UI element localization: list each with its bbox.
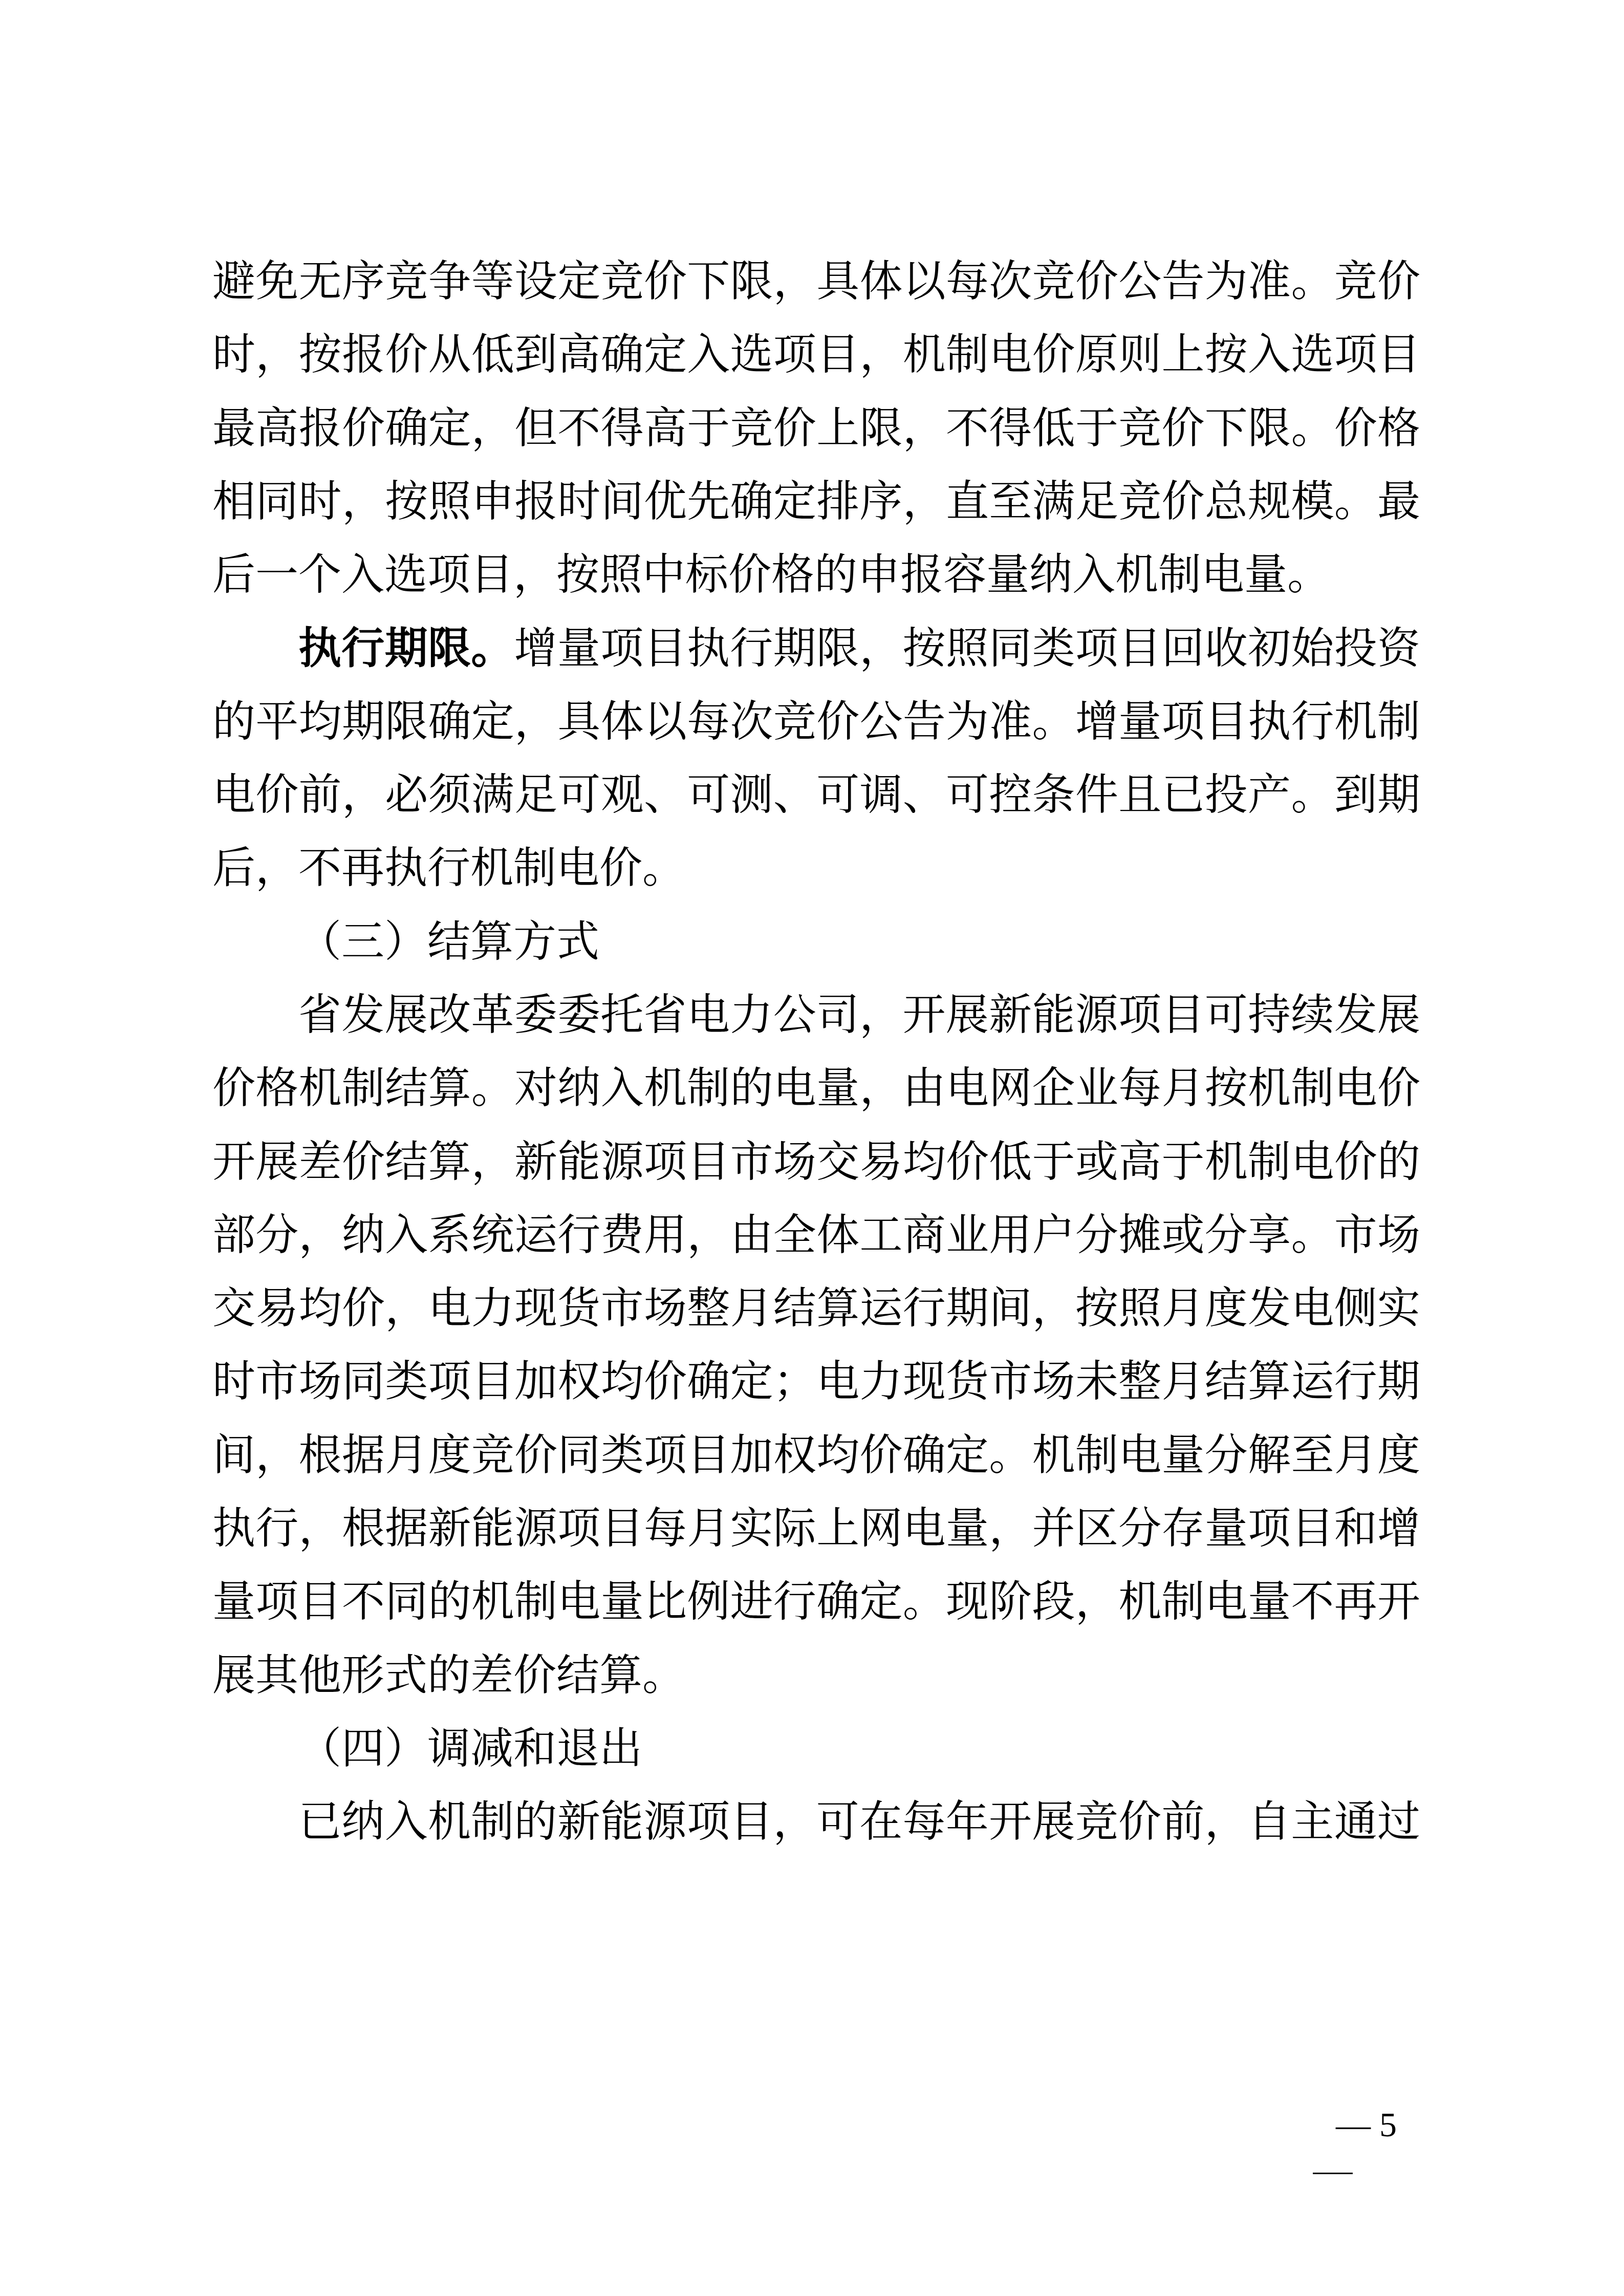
text-line: 省发展改革委委托省电力公司，开展新能源项目可持续发展	[212, 978, 1420, 1052]
text-line: 最高报价确定，但不得高于竞价上限，不得低于竞价下限。价格	[212, 392, 1420, 465]
bold-lead-term: 执行期限。	[298, 623, 514, 673]
text-line: 的平均期限确定，具体以每次竞价公告为准。增量项目执行机制	[212, 685, 1420, 758]
text-run: 增量项目执行期限，按照同类项目回收初始投资	[514, 623, 1420, 673]
paragraph-adjustment-exit: 已纳入机制的新能源项目，可在每年开展竞价前，自主通过	[212, 1785, 1420, 1858]
paragraph-settlement: 省发展改革委委托省电力公司，开展新能源项目可持续发展 价格机制结算。对纳入机制的…	[212, 978, 1420, 1712]
text-line: 已纳入机制的新能源项目，可在每年开展竞价前，自主通过	[212, 1785, 1420, 1858]
section-heading-adjustment-exit: （四）调减和退出	[212, 1712, 1420, 1785]
paragraph-bidding-rules: 避免无序竞争等设定竞价下限，具体以每次竞价公告为准。竞价 时，按报价从低到高确定…	[212, 245, 1420, 611]
text-line: 价格机制结算。对纳入机制的电量，由电网企业每月按机制电价	[212, 1052, 1420, 1125]
text-line: 展其他形式的差价结算。	[212, 1639, 1420, 1712]
text-line: 时，按报价从低到高确定入选项目，机制电价原则上按入选项目	[212, 318, 1420, 391]
text-line: 间，根据月度竞价同类项目加权均价确定。机制电量分解至月度	[212, 1419, 1420, 1492]
section-heading-settlement: （三）结算方式	[212, 905, 1420, 978]
text-line: 交易均价，电力现货市场整月结算运行期间，按照月度发电侧实	[212, 1272, 1420, 1345]
paragraph-execution-period: 执行期限。增量项目执行期限，按照同类项目回收初始投资 的平均期限确定，具体以每次…	[212, 611, 1420, 905]
document-page: 避免无序竞争等设定竞价下限，具体以每次竞价公告为准。竞价 时，按报价从低到高确定…	[0, 0, 1624, 2296]
text-line: 时市场同类项目加权均价确定；电力现货市场未整月结算运行期	[212, 1345, 1420, 1418]
text-line: 电价前，必须满足可观、可测、可调、可控条件且已投产。到期	[212, 758, 1420, 831]
text-line: 执行期限。增量项目执行期限，按照同类项目回收初始投资	[212, 611, 1420, 684]
text-line: 部分，纳入系统运行费用，由全体工商业用户分摊或分享。市场	[212, 1198, 1420, 1272]
body-text: 避免无序竞争等设定竞价下限，具体以每次竞价公告为准。竞价 时，按报价从低到高确定…	[212, 245, 1420, 1859]
footer-rule	[1313, 2173, 1353, 2174]
text-line: 相同时，按照申报时间优先确定排序，直至满足竞价总规模。最	[212, 465, 1420, 538]
text-line: 后一个入选项目，按照中标价格的申报容量纳入机制电量。	[212, 538, 1420, 611]
text-line: 量项目不同的机制电量比例进行确定。现阶段，机制电量不再开	[212, 1565, 1420, 1638]
text-line: 开展差价结算，新能源项目市场交易均价低于或高于机制电价的	[212, 1125, 1420, 1198]
text-line: 执行，根据新能源项目每月实际上网电量，并区分存量项目和增	[212, 1492, 1420, 1565]
text-line: 避免无序竞争等设定竞价下限，具体以每次竞价公告为准。竞价	[212, 245, 1420, 318]
text-line: 后，不再执行机制电价。	[212, 831, 1420, 905]
page-number: — 5	[1336, 2104, 1397, 2145]
